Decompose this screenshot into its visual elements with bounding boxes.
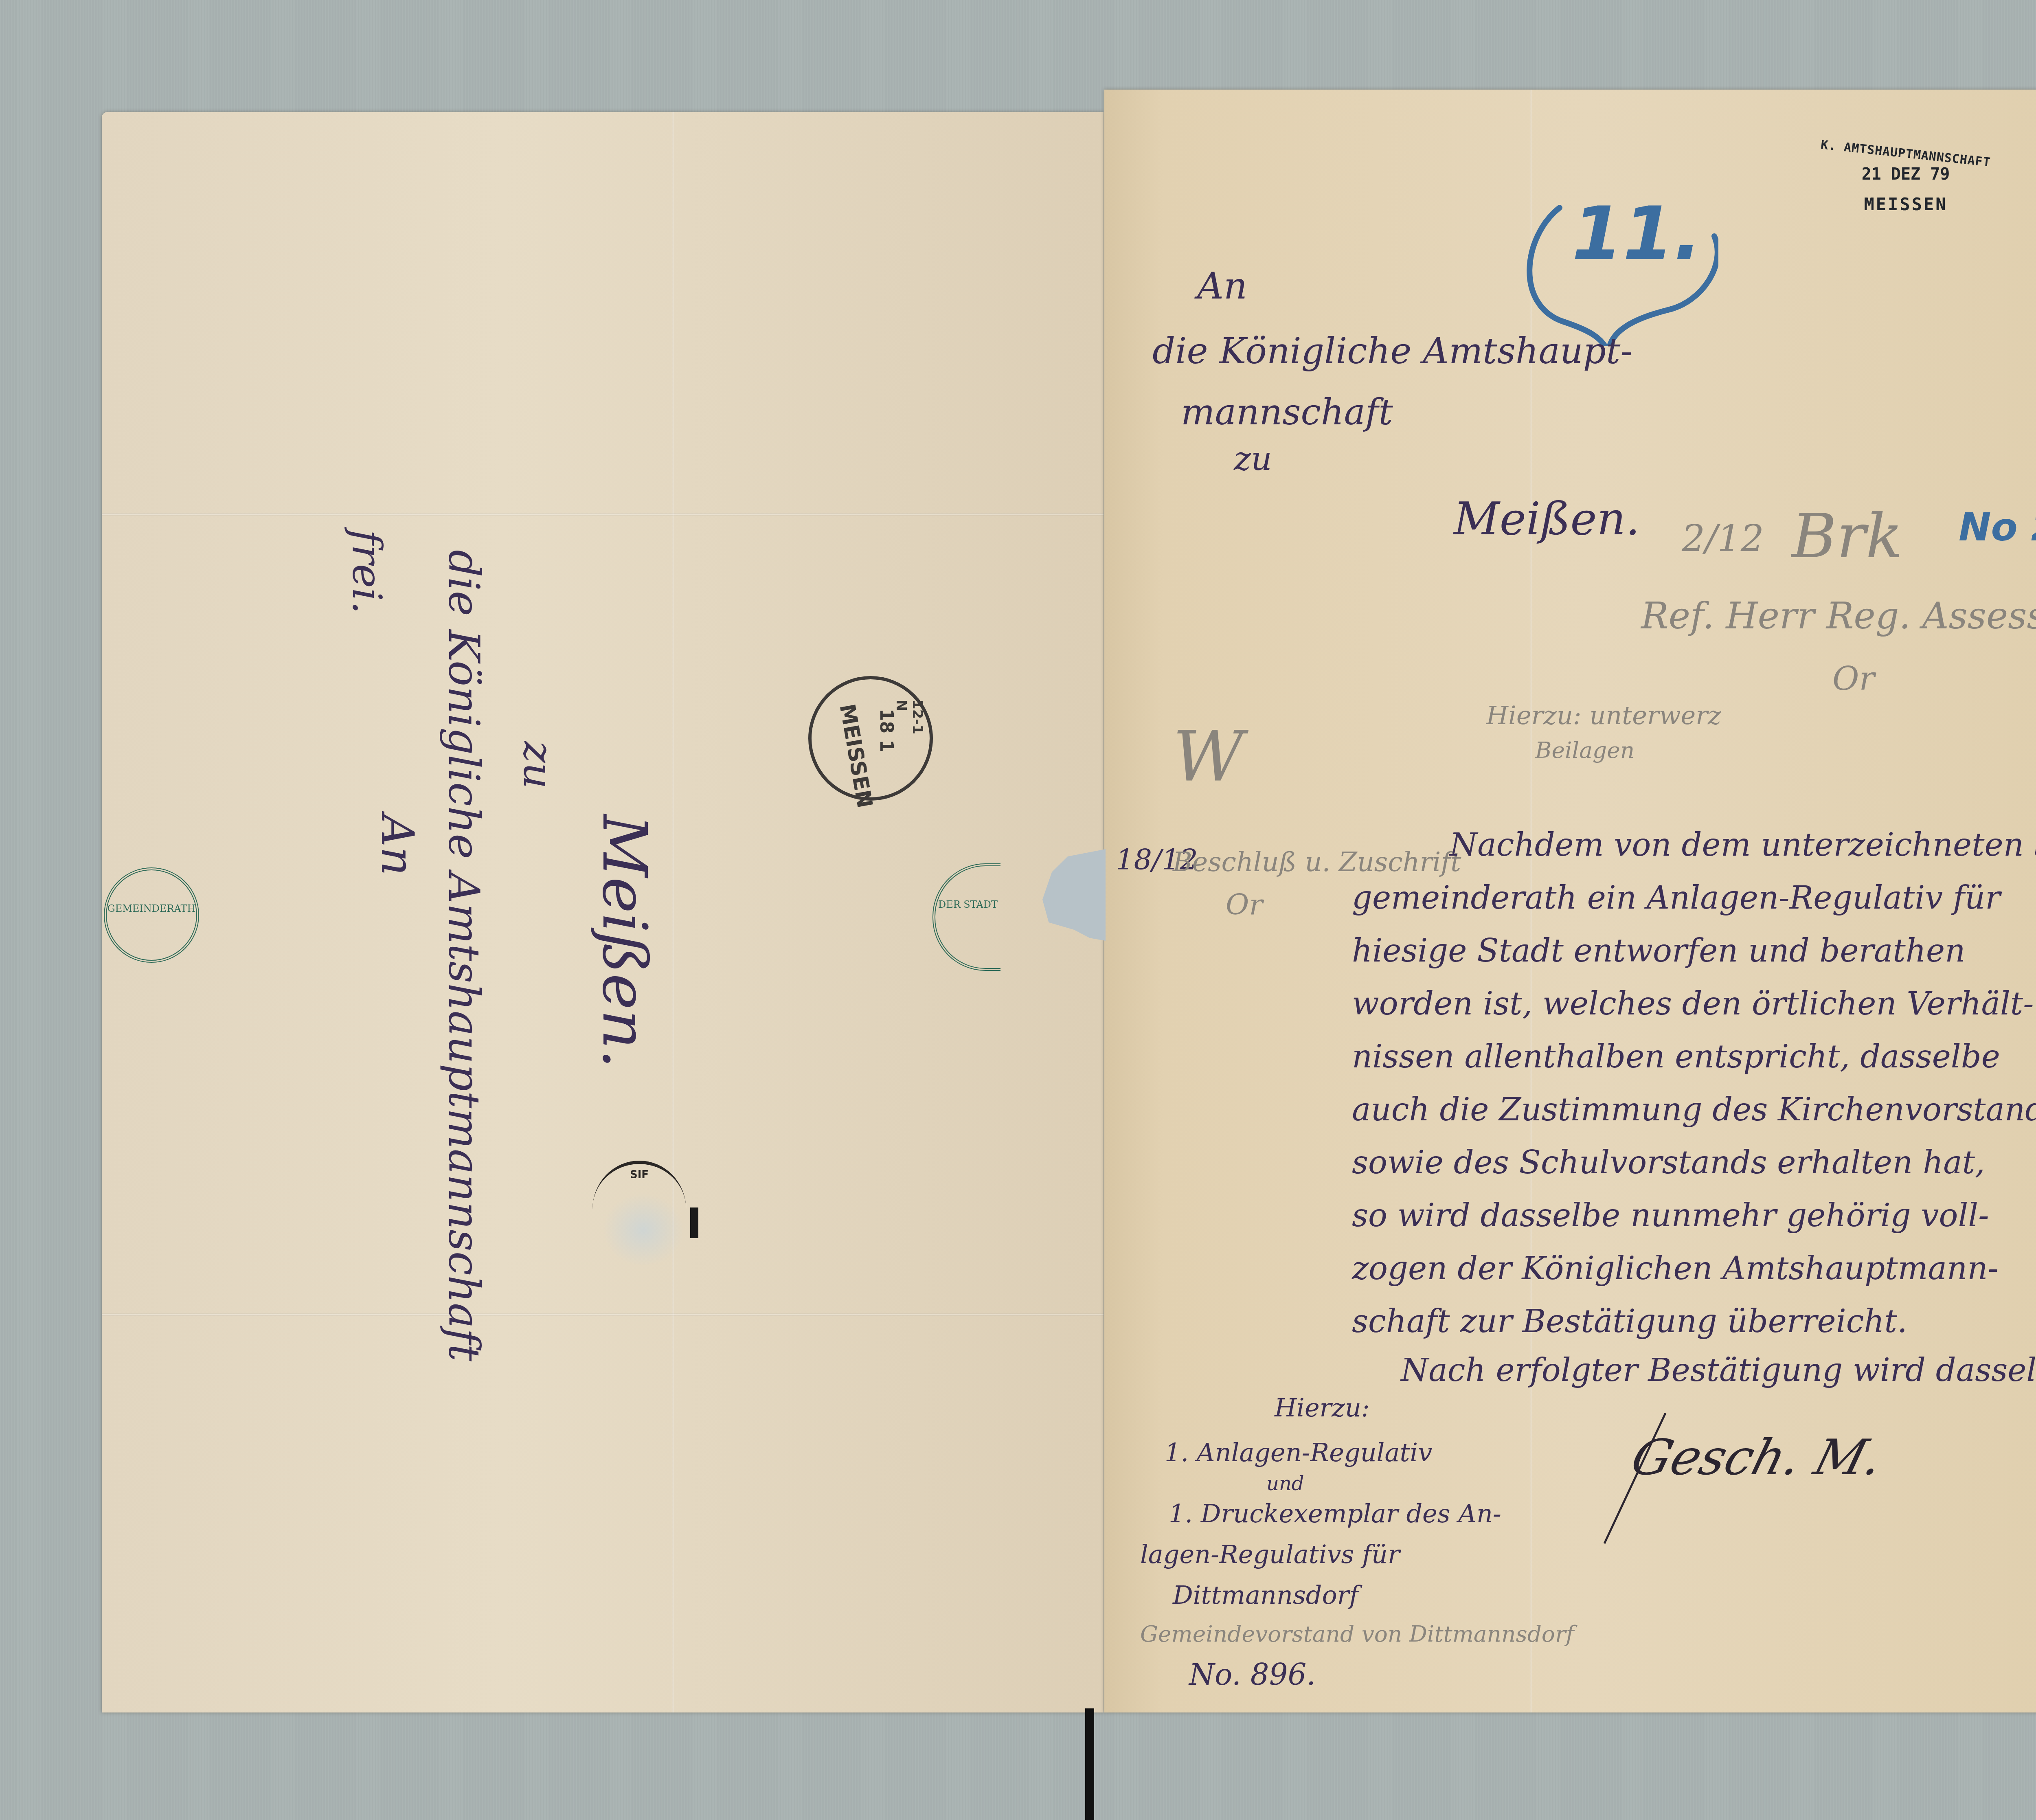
partial-postmark-text: SIF [592, 1169, 686, 1181]
enclosure-line: lagen-Regulativs für [1140, 1539, 1400, 1569]
postmark-time: 12-1 N [893, 700, 926, 740]
body-line: so wird dasselbe nunmehr gehörig voll- [1352, 1197, 1989, 1234]
enclosure-number: No. 896. [1189, 1658, 1316, 1692]
receipt-stamp-city: MEISSEN [1820, 194, 1991, 214]
body-line: hiesige Stadt entworfen und berathen [1352, 933, 1965, 969]
registry-referent: Ref. Herr Reg. Assessor [1641, 595, 2036, 637]
address-line-recipient: die Königliche Amtshauptmannschaft [439, 550, 489, 1361]
horizontal-fold [102, 1313, 1104, 1316]
franking-note: frei. [343, 529, 391, 614]
body-line: gemeinderath ein Anlagen-Regulativ für [1352, 880, 2001, 916]
registry-initials: Brk [1792, 501, 1903, 572]
pencil-note-line2: Beilagen [1535, 737, 1635, 763]
body-line: Nachdem von dem unterzeichneten Stadt- [1450, 827, 2036, 863]
body-line: worden ist, welches den örtlichen Verhäl… [1352, 986, 2034, 1022]
pencil-note-line1: Hierzu: unterwerz [1486, 700, 1721, 730]
binding-thread [1085, 1708, 1094, 1820]
registry-initial-or: Or [1832, 660, 1875, 698]
enclosure-line: Dittmannsdorf [1173, 1580, 1358, 1610]
body-line: schaft zur Bestätigung überreicht. [1352, 1303, 1907, 1340]
addressee-city: Meißen. [1454, 493, 1640, 545]
addressee-zu: zu [1234, 440, 1272, 478]
body-line: Nach erfolgter Bestätigung wird dasselbe [1401, 1352, 2036, 1389]
enclosure-line: 1. Anlagen-Regulativ [1165, 1438, 1432, 1467]
body-line: nissen allenthalben entspricht, dasselbe [1352, 1038, 2000, 1075]
registry-date: 2/12 [1682, 517, 1764, 560]
enclosure-pencil-line: Gemeindevorstand von Dittmannsdorf [1140, 1621, 1574, 1647]
addressee-authority-cont: mannschaft [1181, 391, 1393, 433]
seal-text: GEMEINDERATH [107, 903, 196, 914]
receipt-stamp-date: 21 DEZ 79 [1820, 165, 1991, 184]
body-line: auch die Zustimmung des Kirchenvorstands… [1352, 1091, 2036, 1128]
folio-number: 11. [1572, 191, 1702, 277]
enclosures-heading: Hierzu: [1275, 1393, 1370, 1423]
body-line: sowie des Schulvorstands erhalten hat, [1352, 1144, 1985, 1181]
green-seal-left: GEMEINDERATH [104, 867, 199, 963]
horizontal-fold [102, 513, 1104, 516]
address-line-city: Meißen. [589, 814, 660, 1069]
blue-smudge [603, 1193, 684, 1267]
body-line: zogen der Königlichen Amtshauptmann- [1352, 1250, 1999, 1287]
registry-number: No 215. [1959, 505, 2036, 550]
receipt-stamp: K. AMTSHAUPTMANNSCHAFT 21 DEZ 79 MEISSEN [1820, 147, 1991, 214]
signature-stroke-icon [1600, 1409, 1682, 1548]
addressee-an: An [1197, 265, 1247, 307]
margin-initials: Or [1226, 888, 1263, 921]
margin-decision: Beschluß u. Zuschrift [1173, 847, 1461, 878]
left-address-block: An die Königliche Amtshauptmannschaft zu… [318, 529, 684, 1262]
meissen-postmark: MEISSEN 18 1 12-1 N [808, 676, 933, 801]
address-line-an: An [371, 814, 423, 876]
enclosure-line: und [1266, 1472, 1304, 1495]
addressee-authority: die Königliche Amtshaupt- [1152, 330, 1632, 372]
enclosure-line: 1. Druckexemplar des An- [1169, 1499, 1501, 1528]
ink-mark [690, 1207, 698, 1238]
margin-mark-w: W [1173, 717, 1244, 797]
address-line-zu: zu [514, 741, 562, 789]
seal-fold-text: DER STADT [935, 899, 1000, 910]
